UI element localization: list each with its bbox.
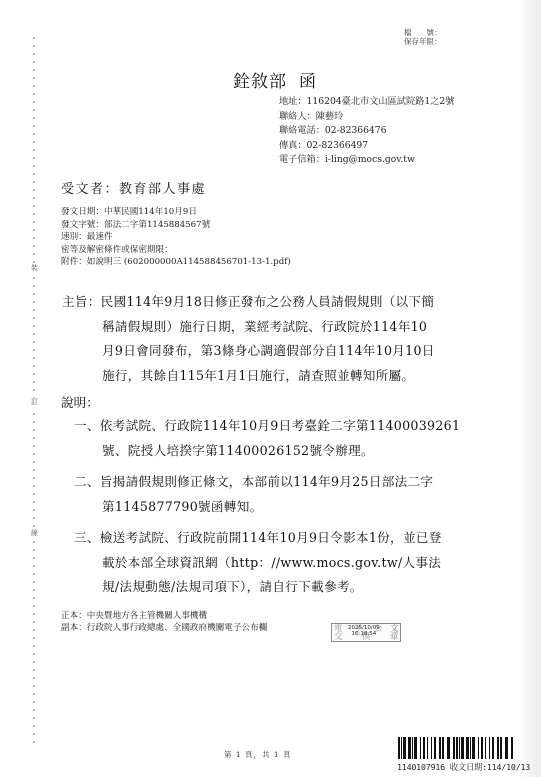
recipient: 受文者：教育部人事處 xyxy=(61,178,206,197)
page-indicator: 第 1 頁，共 1 頁 xyxy=(224,749,292,760)
contact-block: 地址：116204臺北市文山區試院路1之2號 聯絡人：陳藝玲 聯絡電話：02-8… xyxy=(279,95,454,168)
subject-line: 稱請假規則）施行日期，業經考試院、行政院於114年10 xyxy=(62,315,435,340)
subject-line: 月9日會同發布，第3條身心調適假部分自114年10月10日 xyxy=(62,339,435,364)
address: 地址：116204臺北市文山區試院路1之2號 xyxy=(279,95,454,110)
explanation-item-1: 一、依考試院、行政院114年10月9日考臺銓二字第11400039261 號、院… xyxy=(74,414,460,463)
subject-line: 施行，其餘自115年1月1日施行，請查照並轉知所屬。 xyxy=(62,364,435,389)
stamp-char: 交 xyxy=(334,633,343,641)
explanation-item-2: 二、旨揭請假規則修正條文，本部前以114年9月25日部法二字 第11458777… xyxy=(74,470,433,519)
original-recipients: 正本：中央暨地方各主管機關人事機構 xyxy=(61,610,267,622)
explanation-item-3: 三、檢送考試院、行政院前開114年10月9日令影本1份，並已登 載於本部全球資訊… xyxy=(74,526,442,600)
stamp-time: 16:18:54 xyxy=(348,631,380,637)
contact-phone: 聯絡電話：02-82366476 xyxy=(279,124,454,139)
issue-date: 發文日期：中華民國114年10月9日 xyxy=(61,206,291,219)
file-meta: 檔 號： 保存年限： xyxy=(404,28,442,46)
explanation-line: 一、依考試院、行政院114年10月9日考臺銓二字第11400039261 xyxy=(74,414,460,439)
stamp-char: 章 xyxy=(390,633,399,641)
file-number-label: 檔 號： xyxy=(404,28,442,37)
document-meta: 發文日期：中華民國114年10月9日 發文字號：部法二字第1145884567號… xyxy=(61,206,291,269)
distribution-list: 正本：中央暨地方各主管機關人事機構 副本：行政院人事行政總處、全國政府機關電子公… xyxy=(61,610,267,634)
contact-person: 聯絡人：陳藝玲 xyxy=(279,110,454,125)
explanation-line: 號、院授人培揆字第11400026152號令辦理。 xyxy=(74,439,460,464)
received-date: 收文日期:114/10/13 xyxy=(450,762,530,772)
subject-section: 主旨：民國114年9月18日修正發布之公務人員請假規則（以下簡 稱請假規則）施行… xyxy=(62,290,435,388)
binding-dotted-line xyxy=(33,37,35,745)
agency-name: 銓敘部 xyxy=(233,72,287,92)
barcode xyxy=(398,737,534,759)
contact-fax: 傳真：02-82366497 xyxy=(279,139,454,154)
document-page: 裝 訂 線 檔 號： 保存年限： 銓敘部函 地址：116204臺北市文山區試院路… xyxy=(0,0,541,777)
explanation-line: 二、旨揭請假規則修正條文，本部前以114年9月25日部法二字 xyxy=(74,470,433,495)
attachment: 附件：如說明三 (602000000A114588456701-13-1.pdf… xyxy=(61,256,291,269)
barcode-number: 1140107916 xyxy=(397,762,445,772)
delivery-speed: 速別：最速件 xyxy=(61,231,291,244)
document-number: 發文字號：部法二字第1145884567號 xyxy=(61,219,291,232)
explanation-line: 載於本部全球資訊網（http：//www.mocs.gov.tw/人事法 xyxy=(74,551,442,576)
document-title: 銓敘部函 xyxy=(233,67,317,92)
confidentiality: 密等及解密條件或保密期限： xyxy=(61,244,291,257)
page-edge-shadow xyxy=(519,0,541,777)
document-type: 函 xyxy=(299,72,317,92)
explanation-line: 第1145877790號函轉知。 xyxy=(74,495,433,520)
stamp-timestamp: 2025/10/09 16:18:54 xyxy=(348,625,380,637)
retention-label: 保存年限： xyxy=(404,37,442,46)
receipt-info: 1140107916 收文日期:114/10/13 xyxy=(397,761,530,773)
binding-mark-bind: 裝 xyxy=(30,264,39,273)
subject-line: 主旨：民國114年9月18日修正發布之公務人員請假規則（以下簡 xyxy=(62,290,435,315)
explanation-heading: 說明： xyxy=(61,392,99,411)
explanation-line: 規/法規動態/法規司項下），請自行下載參考。 xyxy=(74,575,442,600)
binding-mark-line: 線 xyxy=(30,529,39,538)
contact-email: 電子信箱：i-ling@mocs.gov.tw xyxy=(279,153,454,168)
electronic-exchange-stamp: 電 子 公 文 交 換 章 2025/10/09 16:18:54 xyxy=(331,623,401,642)
explanation-line: 三、檢送考試院、行政院前開114年10月9日令影本1份，並已登 xyxy=(74,526,442,551)
binding-mark-staple: 訂 xyxy=(30,398,39,407)
copy-recipients: 副本：行政院人事行政總處、全國政府機關電子公布欄 xyxy=(61,622,267,634)
